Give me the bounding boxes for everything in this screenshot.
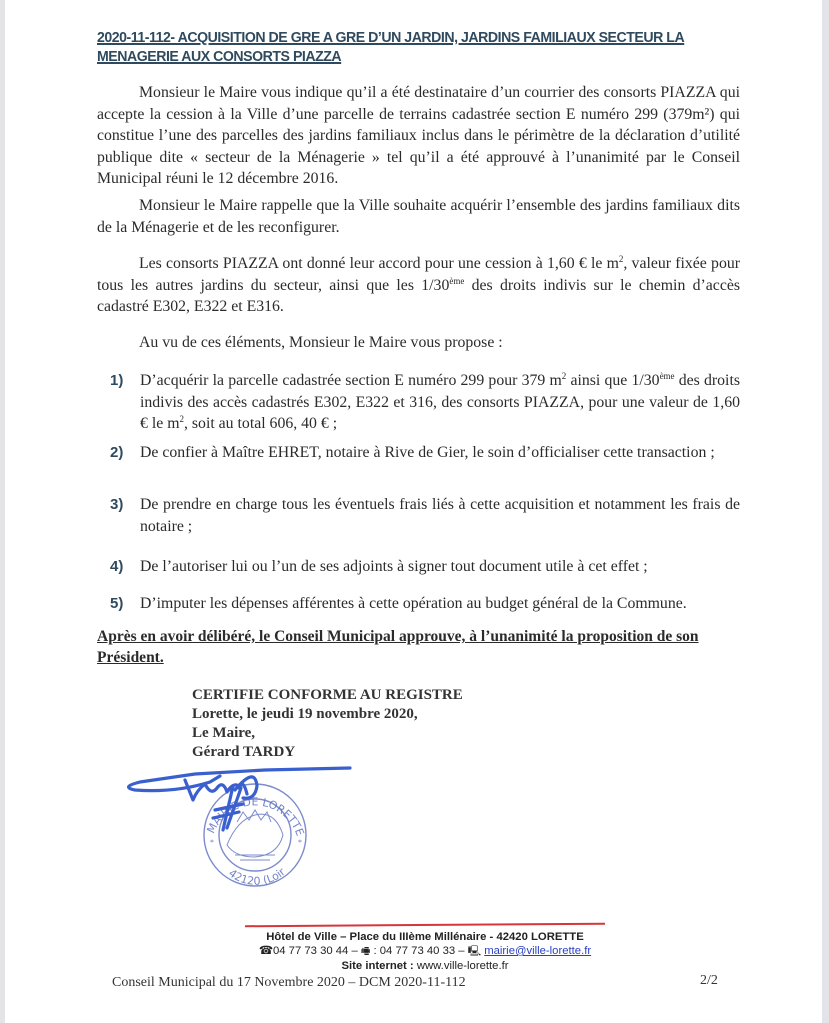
svg-text:42120 (Loire): 42120 (Loire) (115, 760, 288, 888)
email-link[interactable]: mairie@ville-lorette.fr (484, 945, 591, 957)
website-url: www.ville-lorette.fr (417, 960, 509, 972)
list-text: D’imputer les dépenses afférentes à cett… (140, 593, 740, 615)
computer-icon: 🖳 (468, 946, 481, 957)
document-title: 2020-11-112- ACQUISITION DE GRE A GRE D’… (97, 28, 692, 66)
list-text-part: D’acquérir la parcelle cadastrée section… (140, 372, 562, 389)
separator: – (455, 945, 468, 957)
footer-address: Hôtel de Ville – Place du IIIème Milléna… (225, 930, 625, 944)
list-number: 1) (110, 370, 138, 392)
fax-icon: 🖷 (361, 946, 370, 957)
paragraph-proposal-intro: Au vu de ces éléments, Monsieur le Maire… (97, 332, 740, 354)
phone-number: 04 77 73 30 44 (273, 945, 348, 957)
deliberation-conclusion: Après en avoir délibéré, le Conseil Muni… (97, 626, 740, 668)
certification-date: Lorette, le jeudi 19 novembre 2020, (192, 705, 463, 724)
list-number: 3) (110, 494, 138, 516)
list-text: De l’autoriser lui ou l’un de ses adjoin… (140, 556, 740, 578)
mayor-label: Le Maire, (192, 724, 463, 743)
list-text: D’acquérir la parcelle cadastrée section… (140, 370, 740, 435)
list-text: De confier à Maître EHRET, notaire à Riv… (140, 442, 740, 464)
signature-and-stamp: MAIRIE DE LORETTE 42120 (Loire) * * (115, 760, 445, 900)
list-item: 5) D’imputer les dépenses afférentes à c… (110, 593, 740, 615)
list-item: 2) De confier à Maître EHRET, notaire à … (110, 442, 740, 464)
list-text-part: ainsi que 1/30 (566, 372, 659, 389)
separator: – (348, 945, 361, 957)
fax-number: : 04 77 73 40 33 (370, 945, 455, 957)
svg-text:*: * (298, 838, 302, 847)
list-item: 1) D’acquérir la parcelle cadastrée sect… (110, 370, 740, 435)
superscript: ème (449, 276, 464, 286)
list-number: 2) (110, 442, 138, 464)
document-page: 2020-11-112- ACQUISITION DE GRE A GRE D’… (0, 0, 829, 1023)
list-number: 5) (110, 593, 138, 615)
meeting-reference: Conseil Municipal du 17 Novembre 2020 – … (112, 975, 466, 991)
list-item: 3) De prendre en charge tous les éventue… (110, 494, 740, 537)
footer-website: Site internet : www.ville-lorette.fr (225, 959, 625, 973)
list-text-part: , soit au total 606, 40 € ; (184, 415, 337, 432)
paragraph-recall: Monsieur le Maire rappelle que la Ville … (97, 195, 740, 238)
paragraph-agreement: Les consorts PIAZZA ont donné leur accor… (97, 253, 740, 318)
official-stamp-icon: MAIRIE DE LORETTE 42120 (Loire) * * (115, 760, 445, 900)
telephone-icon: ☎ (259, 945, 273, 957)
svg-text:*: * (210, 838, 214, 847)
superscript: ème (660, 371, 675, 381)
website-label: Site internet : (342, 960, 417, 972)
list-number: 4) (110, 556, 138, 578)
page-number: 2/2 (700, 973, 718, 989)
footer-contact: Hôtel de Ville – Place du IIIème Milléna… (225, 930, 625, 973)
agreement-text-a: Les consorts PIAZZA ont donné leur accor… (139, 255, 619, 272)
certification-line: CERTIFIE CONFORME AU REGISTRE (192, 686, 463, 705)
list-text: De prendre en charge tous les éventuels … (140, 494, 740, 537)
paragraph-intro: Monsieur le Maire vous indique qu’il a é… (97, 82, 740, 190)
certification-block: CERTIFIE CONFORME AU REGISTRE Lorette, l… (192, 686, 463, 762)
footer-contact-line: ☎04 77 73 30 44 – 🖷 : 04 77 73 40 33 – 🖳… (225, 944, 625, 959)
list-item: 4) De l’autoriser lui ou l’un de ses adj… (110, 556, 740, 578)
footer-divider (245, 923, 605, 928)
